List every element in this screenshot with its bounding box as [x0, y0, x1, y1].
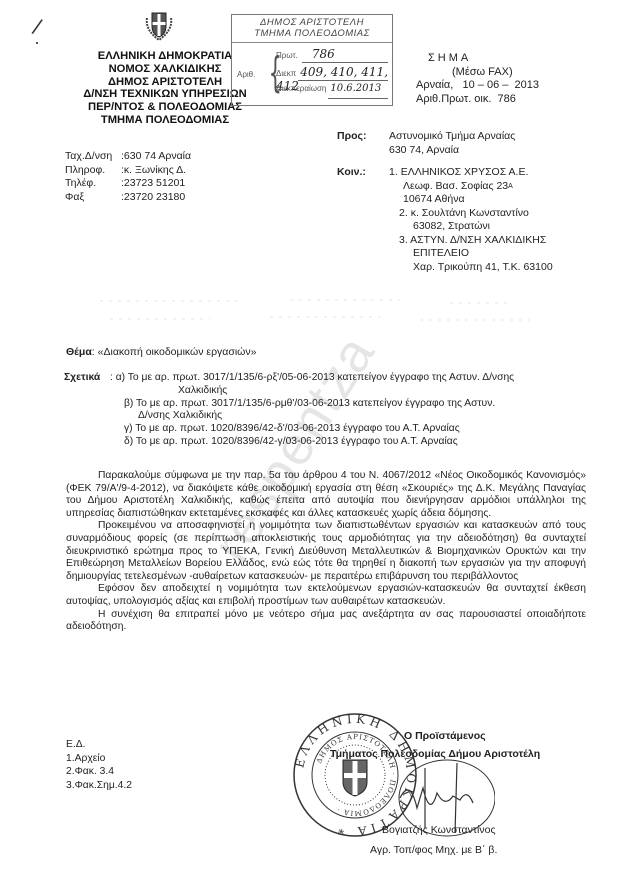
stamp-underline — [298, 80, 388, 81]
cc-number: 1. — [389, 166, 398, 178]
erased-text-residue — [90, 295, 560, 325]
stamp-row-value: 786 — [312, 47, 335, 61]
stamp-divider — [232, 42, 392, 43]
cc-line: ΕΛΛΗΝΙΚΟΣ ΧΡΥΣΟΣ Α.Ε. — [401, 166, 529, 178]
to-line: Αστυνομικό Τμήμα Αρναίας — [389, 130, 553, 144]
body-paragraph: Εφόσον δεν αποδειχτεί η νομιμότητα των ε… — [66, 583, 586, 608]
letter-body: Παρακαλούμε σύμφωνα με την παρ. 5α του ά… — [66, 470, 586, 634]
cc-line: ΕΠΙΤΕΛΕΙΟ — [413, 247, 553, 261]
cc-number: 3. — [399, 234, 408, 246]
transmission-method: (Μέσω FAX) — [452, 66, 539, 80]
subject-line: Θέμα: «Διακοπή οικοδομικών εργασιών» — [66, 346, 256, 358]
related-label: Σχετικά — [64, 372, 100, 385]
related-item-cont: Δ/νσης Χαλκιδικής — [138, 410, 604, 423]
body-paragraph: Προκειμένου να αποσαφηνιστεί η νομιμότητ… — [66, 520, 586, 583]
related-item-text: δ) Το με αρ. πρωτ. 1020/8396/42-γ/03-06-… — [124, 436, 604, 449]
stamp-underline — [302, 62, 388, 63]
cc-item: 1. ΕΛΛΗΝΙΚΟΣ ΧΡΥΣΟΣ Α.Ε. Λεωφ. Βασ. Σοφί… — [389, 166, 553, 207]
contact-value: :23723 51201 — [121, 177, 185, 191]
body-paragraph: Παρακαλούμε σύμφωνα με την παρ. 5α του ά… — [66, 470, 586, 520]
stamp-arith-label: Αριθ. — [237, 70, 255, 79]
cc-label: Κοιν.: — [337, 166, 366, 180]
to-block: Προς: Αστυνομικό Τμήμα Αρναίας 630 74, Α… — [337, 130, 553, 157]
signatory-title: Ο Προϊστάμενος — [404, 730, 486, 742]
related-item-text: β) Το με αρ. πρωτ. 3017/1/135/6-ρμθ'/03-… — [124, 398, 604, 411]
stamp-title-line: ΔΗΜΟΣ ΑΡΙΣΤΟΤΕΛΗ — [232, 17, 392, 28]
cc-number: 2. — [399, 207, 408, 219]
place-date: Αρναία, 10 – 06 – 2013 — [416, 79, 539, 93]
stamp-title-line: ΤΜΗΜΑ ΠΟΛΕΟΔΟΜΙΑΣ — [232, 28, 392, 39]
document-type-title: ΣΗΜΑ — [428, 52, 539, 66]
cc-line: κ. Σουλτάνη Κωνσταντίνο — [411, 207, 529, 219]
cc-line: 63082, Στρατώνι — [413, 220, 553, 234]
contact-value: :κ. Ξωνίκης Δ. — [121, 164, 186, 178]
contact-value: :630 74 Αρναία — [121, 150, 191, 164]
signatory-name: Βογιατζής Κωνσταντίνος — [382, 824, 496, 836]
greek-coat-of-arms-icon — [143, 8, 175, 42]
contact-label: Ταχ.Δ/νση — [65, 150, 121, 164]
to-line: 630 74, Αρναία — [389, 144, 553, 158]
distribution-title: Ε.Δ. — [66, 738, 132, 752]
stamp-row-label: Διεκπεραίωση — [276, 84, 326, 93]
cc-line: Λεωφ. Βασ. Σοφίας 23 — [403, 180, 508, 192]
cc-line: 10674 Αθήνα — [403, 193, 553, 207]
cc-item: 2. κ. Σουλτάνη Κωνσταντίνο 63082, Στρατώ… — [399, 207, 553, 234]
distribution-item: 1.Αρχείο — [66, 752, 132, 766]
contact-row: Ταχ.Δ/νση:630 74 Αρναία — [65, 150, 191, 164]
protocol-stamp-title: ΔΗΜΟΣ ΑΡΙΣΤΟΤΕΛΗ ΤΜΗΜΑ ΠΟΛΕΟΔΟΜΙΑΣ — [232, 17, 392, 39]
signatory-rank: Αγρ. Τοπ/φος Μηχ. με Β΄ β. — [370, 844, 497, 856]
contact-row: Πληροφ.:κ. Ξωνίκης Δ. — [65, 164, 191, 178]
protocol-stamp: ΔΗΜΟΣ ΑΡΙΣΤΟΤΕΛΗ ΤΜΗΜΑ ΠΟΛΕΟΔΟΜΙΑΣ Αριθ.… — [231, 14, 393, 106]
internal-distribution: Ε.Δ. 1.Αρχείο 2.Φακ. 3.4 3.Φακ.Σημ.4.2 — [66, 738, 132, 792]
header-line: ΤΜΗΜΑ ΠΟΛΕΟΔΟΜΙΑΣ — [40, 114, 290, 127]
stamp-row-label: Διεκπ — [276, 69, 296, 78]
contact-label: Φαξ — [65, 191, 121, 205]
cc-block: Κοιν.: 1. ΕΛΛΗΝΙΚΟΣ ΧΡΥΣΟΣ Α.Ε. Λεωφ. Βα… — [337, 166, 553, 274]
stamp-row-prot: Πρωτ.786 — [276, 47, 335, 61]
related-item: δ) Το με αρ. πρωτ. 1020/8396/42-γ/03-06-… — [124, 436, 604, 449]
subject-label: Θέμα — [66, 346, 92, 358]
cc-line: Χαρ. Τρικούπη 41, Τ.Κ. 63100 — [413, 261, 553, 275]
contact-info: Ταχ.Δ/νση:630 74 Αρναία Πληροφ.:κ. Ξωνίκ… — [65, 150, 191, 204]
stamp-row-label: Πρωτ. — [276, 51, 298, 60]
related-item-cont: Χαλκιδικής — [178, 385, 604, 398]
contact-label: Πληροφ. — [65, 164, 121, 178]
protocol-number: Αριθ.Πρωτ. οικ. 786 — [416, 93, 539, 107]
contact-value: :23720 23180 — [121, 191, 185, 205]
document-type-block: ΣΗΜΑ (Μέσω FAX) Αρναία, 10 – 06 – 2013 Α… — [424, 52, 539, 106]
related-item-text: γ) Το με αρ. πρωτ. 1020/8396/42-δ'/03-06… — [124, 423, 604, 436]
stamp-row-value: 10.6.2013 — [330, 83, 381, 94]
contact-label: Τηλέφ. — [65, 177, 121, 191]
distribution-item: 3.Φακ.Σημ.4.2 — [66, 779, 132, 793]
contact-row: Φαξ:23720 23180 — [65, 191, 191, 205]
related-item: γ) Το με αρ. πρωτ. 1020/8396/42-δ'/03-06… — [124, 423, 604, 436]
stamp-underline — [328, 98, 388, 99]
related-item: β) Το με αρ. πρωτ. 3017/1/135/6-ρμθ'/03-… — [124, 398, 604, 424]
recipients: Προς: Αστυνομικό Τμήμα Αρναίας 630 74, Α… — [337, 130, 553, 274]
scan-speck — [36, 42, 38, 44]
pen-mark: / — [30, 14, 44, 39]
subject-text: : «Διακοπή οικοδομικών εργασιών» — [92, 346, 257, 358]
to-label: Προς: — [337, 130, 366, 144]
cc-superscript: Α — [508, 183, 513, 190]
stamp-row-diekperaiosi: Διεκπεραίωση10.6.2013 — [276, 83, 381, 94]
cc-item: 3. ΑΣΤΥΝ. Δ/ΝΣΗ ΧΑΛΚΙΔΙΚΗΣ ΕΠΙΤΕΛΕΙΟ Χαρ… — [399, 234, 553, 275]
cc-line: ΑΣΤΥΝ. Δ/ΝΣΗ ΧΑΛΚΙΔΙΚΗΣ — [410, 234, 546, 246]
contact-row: Τηλέφ.:23723 51201 — [65, 177, 191, 191]
body-paragraph: Η συνέχιση θα επιτραπεί μόνο με νεότερο … — [66, 609, 586, 634]
distribution-item: 2.Φακ. 3.4 — [66, 765, 132, 779]
